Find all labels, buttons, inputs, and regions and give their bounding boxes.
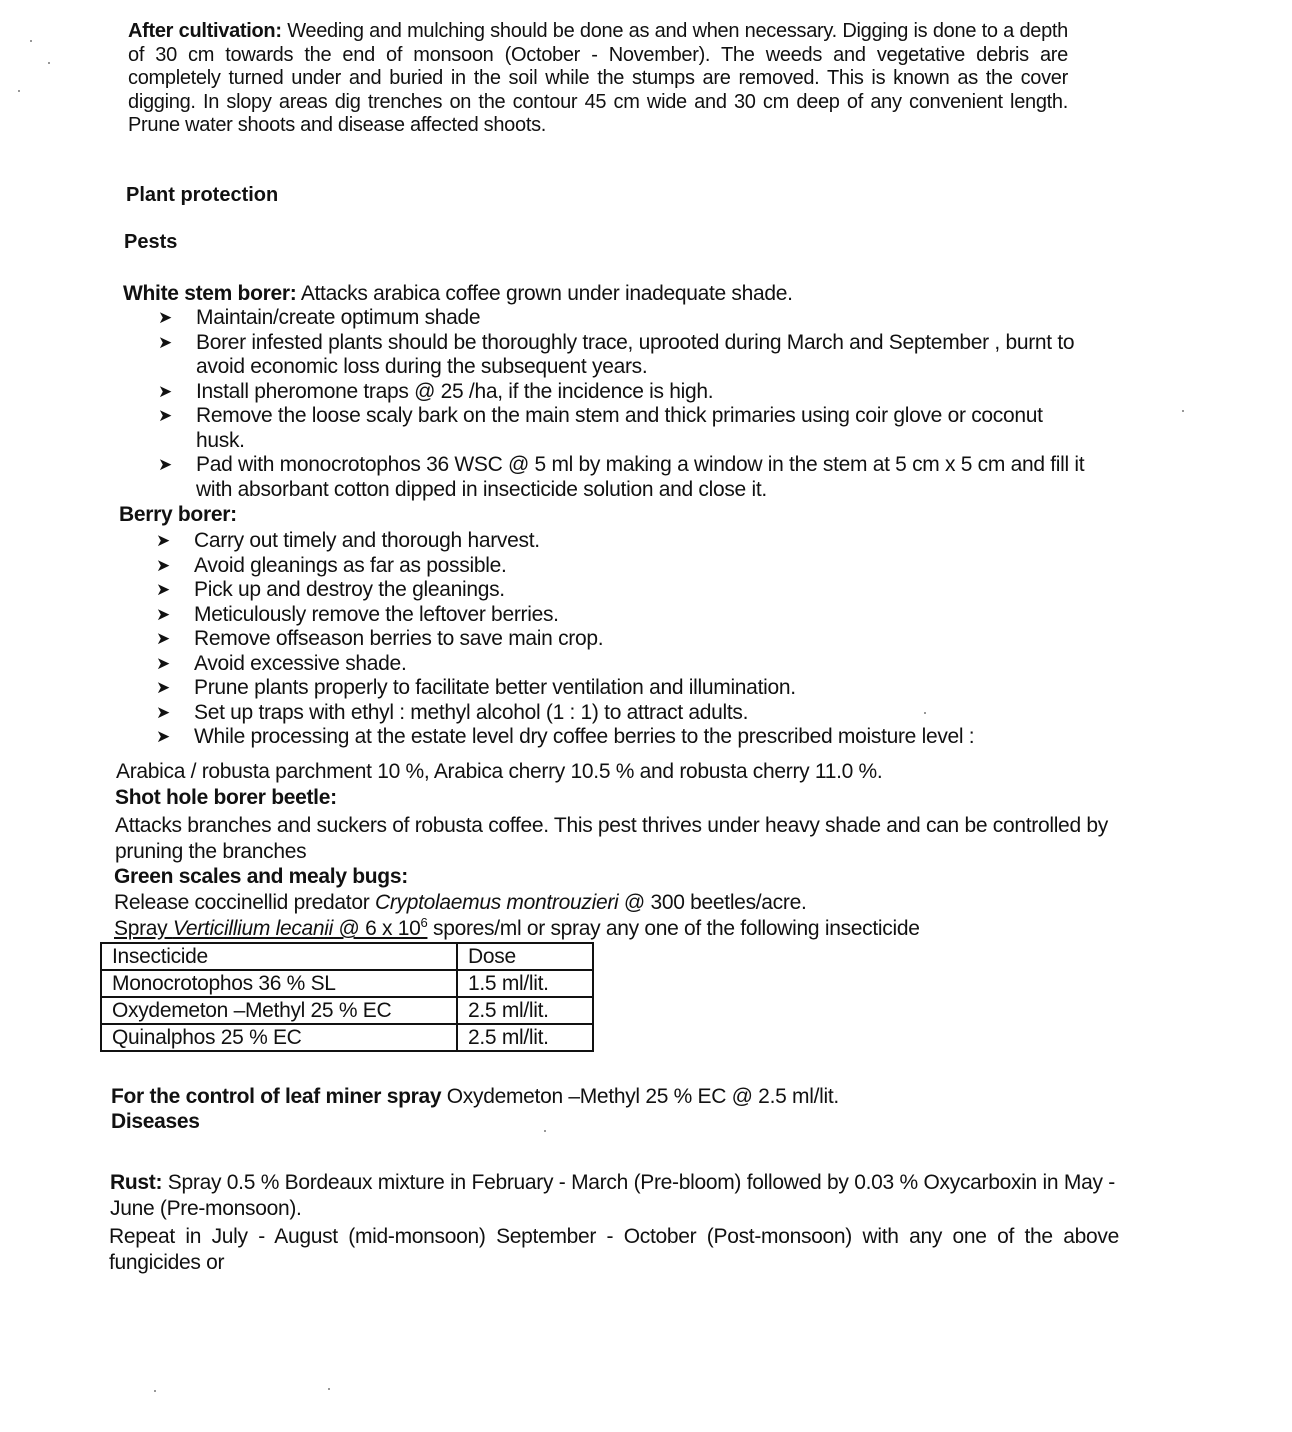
leaf-miner-line: For the control of leaf miner spray Oxyd… xyxy=(111,1085,1111,1109)
species-name: Cryptolaemus montrouzieri xyxy=(375,891,618,914)
scan-speck xyxy=(154,1390,156,1392)
green-scales-line2: Spray Verticillium lecanii @ 6 x 106 spo… xyxy=(114,917,1114,941)
table-cell: Oxydemeton –Methyl 25 % EC xyxy=(101,997,457,1024)
arrow-bullet-icon: ➤ xyxy=(156,676,170,701)
shot-hole-borer-text: Attacks branches and suckers of robusta … xyxy=(115,813,1110,865)
arrow-bullet-icon: ➤ xyxy=(158,404,172,429)
list-item: ➤Maintain/create optimum shade xyxy=(158,306,1093,331)
list-item: ➤Remove offseason berries to save main c… xyxy=(156,627,1106,652)
scan-speck xyxy=(328,1388,330,1390)
list-item: ➤Borer infested plants should be thoroug… xyxy=(158,331,1093,380)
table-cell: Monocrotophos 36 % SL xyxy=(101,970,457,997)
list-item: ➤Pick up and destroy the gleanings. xyxy=(156,578,1106,603)
rust-label: Rust: xyxy=(110,1171,162,1194)
arrow-bullet-icon: ➤ xyxy=(158,380,172,405)
rust-paragraph: Rust: Spray 0.5 % Bordeaux mixture in Fe… xyxy=(110,1170,1115,1222)
rust-text: Spray 0.5 % Bordeaux mixture in February… xyxy=(110,1171,1115,1220)
table-header-cell: Dose xyxy=(457,943,593,970)
berry-borer-continuation: Arabica / robusta parchment 10 %, Arabic… xyxy=(116,760,1116,784)
arrow-bullet-icon: ➤ xyxy=(158,453,172,478)
list-item: ➤Set up traps with ethyl : methyl alcoho… xyxy=(156,701,1106,726)
leaf-miner-label: For the control of leaf miner spray xyxy=(111,1085,441,1108)
scan-speck xyxy=(18,90,20,92)
table-cell: 2.5 ml/lit. xyxy=(457,1024,593,1051)
white-stem-borer-intro: White stem borer: Attacks arabica coffee… xyxy=(123,282,1083,306)
pests-heading: Pests xyxy=(124,231,177,255)
scan-speck xyxy=(544,1130,546,1132)
arrow-bullet-icon: ➤ xyxy=(158,306,172,331)
arrow-bullet-icon: ➤ xyxy=(156,701,170,726)
arrow-bullet-icon: ➤ xyxy=(156,529,170,554)
diseases-heading: Diseases xyxy=(111,1110,200,1134)
arrow-bullet-icon: ➤ xyxy=(156,627,170,652)
scan-speck xyxy=(48,62,50,64)
arrow-bullet-icon: ➤ xyxy=(156,725,170,750)
green-scales-line1: Release coccinellid predator Cryptolaemu… xyxy=(114,891,1114,915)
document-page: After cultivation: Weeding and mulching … xyxy=(0,0,1292,1432)
list-item: ➤Avoid gleanings as far as possible. xyxy=(156,554,1106,579)
table-cell: 2.5 ml/lit. xyxy=(457,997,593,1024)
white-stem-borer-label: White stem borer: xyxy=(123,282,296,305)
list-item: ➤Avoid excessive shade. xyxy=(156,652,1106,677)
insecticide-table: Insecticide Dose Monocrotophos 36 % SL 1… xyxy=(100,942,594,1052)
arrow-bullet-icon: ➤ xyxy=(156,603,170,628)
list-item: ➤While processing at the estate level dr… xyxy=(156,725,1106,750)
arrow-bullet-icon: ➤ xyxy=(156,652,170,677)
arrow-bullet-icon: ➤ xyxy=(156,578,170,603)
after-cultivation-label: After cultivation: xyxy=(128,20,282,42)
scan-speck xyxy=(30,40,32,42)
list-item: ➤Carry out timely and thorough harvest. xyxy=(156,529,1106,554)
table-cell: 1.5 ml/lit. xyxy=(457,970,593,997)
table-row: Oxydemeton –Methyl 25 % EC 2.5 ml/lit. xyxy=(101,997,593,1024)
table-cell: Quinalphos 25 % EC xyxy=(101,1024,457,1051)
species-name: Verticillium lecanii xyxy=(173,917,333,940)
white-stem-borer-list: ➤Maintain/create optimum shade ➤Borer in… xyxy=(158,306,1093,502)
arrow-bullet-icon: ➤ xyxy=(158,331,172,356)
leaf-miner-text: Oxydemeton –Methyl 25 % EC @ 2.5 ml/lit. xyxy=(441,1085,839,1108)
plant-protection-heading: Plant protection xyxy=(126,184,278,208)
table-header-row: Insecticide Dose xyxy=(101,943,593,970)
shot-hole-borer-label: Shot hole borer beetle: xyxy=(115,786,337,810)
table-row: Quinalphos 25 % EC 2.5 ml/lit. xyxy=(101,1024,593,1051)
table-header-cell: Insecticide xyxy=(101,943,457,970)
white-stem-borer-text: Attacks arabica coffee grown under inade… xyxy=(301,282,793,305)
rust-repeat-paragraph: Repeat in July - August (mid-monsoon) Se… xyxy=(109,1224,1119,1276)
green-scales-label: Green scales and mealy bugs: xyxy=(114,865,408,889)
list-item: ➤Install pheromone traps @ 25 /ha, if th… xyxy=(158,380,1093,405)
berry-borer-list: ➤Carry out timely and thorough harvest. … xyxy=(156,529,1106,750)
list-item: ➤Remove the loose scaly bark on the main… xyxy=(158,404,1093,453)
list-item: ➤Pad with monocrotophos 36 WSC @ 5 ml by… xyxy=(158,453,1093,502)
berry-borer-label: Berry borer: xyxy=(119,503,237,527)
after-cultivation-paragraph: After cultivation: Weeding and mulching … xyxy=(128,20,1068,138)
scan-speck xyxy=(1182,410,1184,412)
table-row: Monocrotophos 36 % SL 1.5 ml/lit. xyxy=(101,970,593,997)
list-item: ➤Prune plants properly to facilitate bet… xyxy=(156,676,1106,701)
arrow-bullet-icon: ➤ xyxy=(156,554,170,579)
list-item: ➤Meticulously remove the leftover berrie… xyxy=(156,603,1106,628)
scan-speck xyxy=(924,712,926,714)
